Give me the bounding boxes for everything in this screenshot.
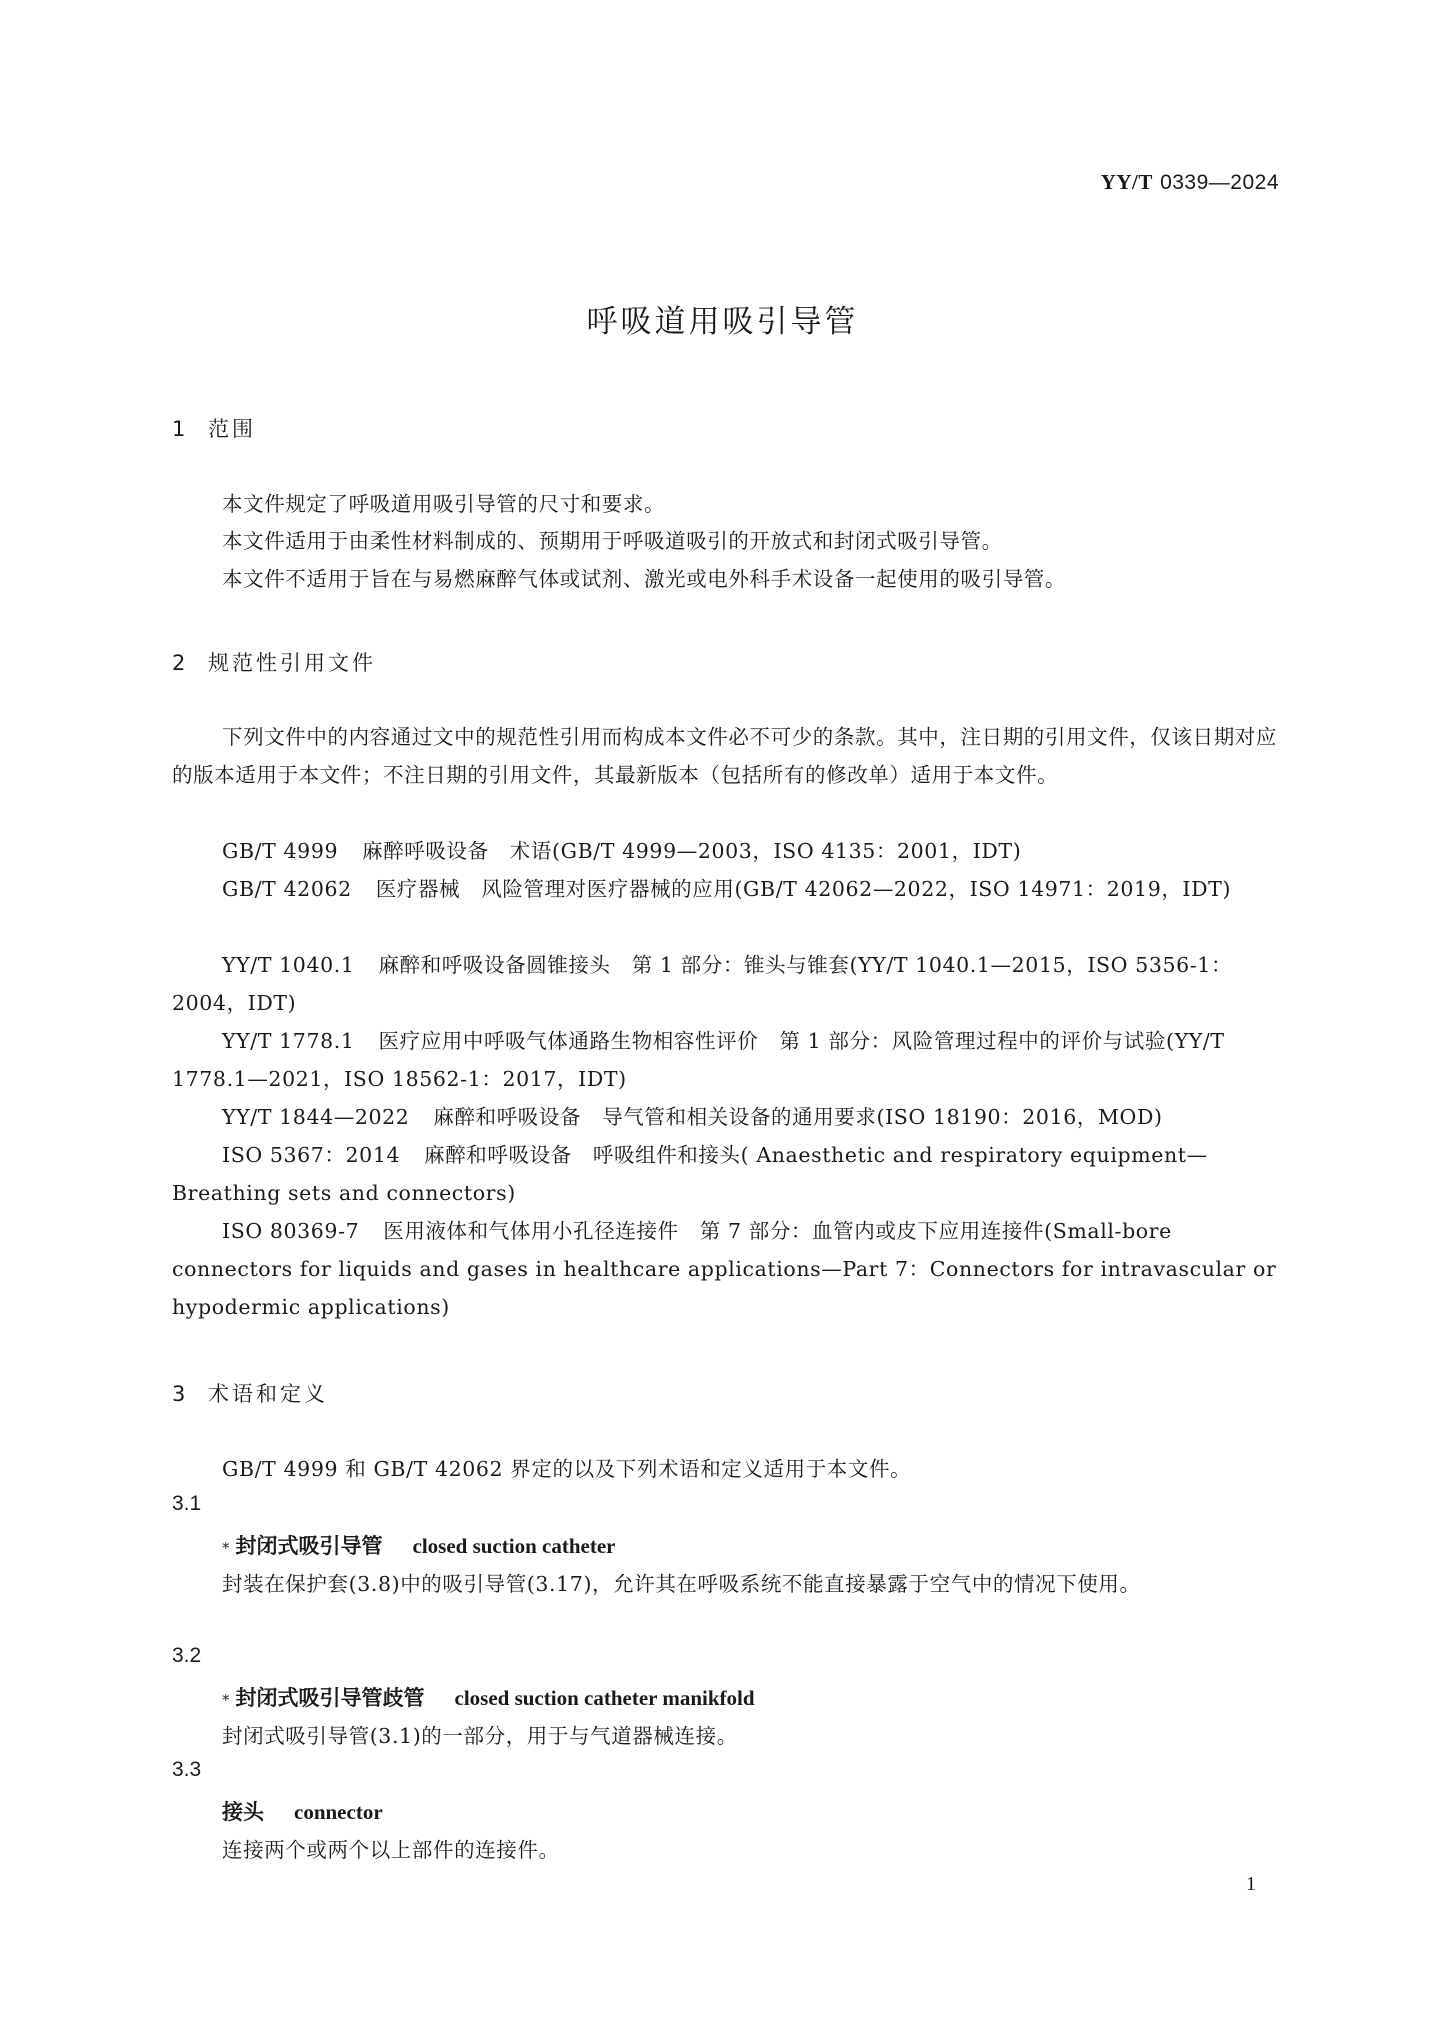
reference-code: GB/T 4999 [222, 839, 338, 863]
section-title: 范围 [208, 417, 256, 441]
section-2-heading: 2规范性引用文件 [172, 647, 376, 677]
scope-paragraph: 本文件适用于由柔性材料制成的、预期用于呼吸道吸引的开放式和封闭式吸引导管。 [172, 522, 1280, 560]
section-1-heading: 1范围 [172, 413, 256, 443]
term-number: 3.1 [172, 1492, 201, 1516]
reference-code: YY/T 1040.1 [222, 953, 355, 977]
term-heading: *封闭式吸引导管歧管closed suction catheter manikf… [222, 1682, 755, 1712]
section-title: 术语和定义 [208, 1382, 328, 1406]
document-title: 呼吸道用吸引导管 [0, 296, 1445, 341]
term-number: 3.2 [172, 1644, 201, 1668]
term-definition: 封闭式吸引导管(3.1)的一部分，用于与气道器械连接。 [172, 1717, 1280, 1755]
standard-prefix: YY/T [1101, 170, 1153, 194]
standard-number: YY/T 0339—2024 [1101, 170, 1279, 195]
section-number: 3 [172, 1382, 208, 1406]
term-definition: 封装在保护套(3.8)中的吸引导管(3.17)，允许其在呼吸系统不能直接暴露于空… [172, 1565, 1280, 1603]
section-3-heading: 3术语和定义 [172, 1378, 328, 1408]
term-zh: 封闭式吸引导管歧管 [236, 1686, 425, 1710]
reference-code: ISO 80369-7 [222, 1219, 359, 1243]
reference-item: YY/T 1844—2022麻醉和呼吸设备 导气管和相关设备的通用要求(ISO … [172, 1098, 1280, 1136]
reference-text: 麻醉呼吸设备 术语(GB/T 4999—2003，ISO 4135：2001，I… [362, 839, 1021, 863]
reference-text: 麻醉和呼吸设备 导气管和相关设备的通用要求(ISO 18190：2016，MOD… [433, 1105, 1162, 1129]
term-en: closed suction catheter [413, 1534, 616, 1558]
reference-item: GB/T 4999麻醉呼吸设备 术语(GB/T 4999—2003，ISO 41… [172, 832, 1280, 870]
scope-paragraph: 本文件规定了呼吸道用吸引导管的尺寸和要求。 [172, 485, 1280, 523]
reference-item: GB/T 42062医疗器械 风险管理对医疗器械的应用(GB/T 42062—2… [172, 870, 1280, 908]
asterisk-icon: * [222, 1539, 230, 1557]
asterisk-icon: * [222, 1691, 230, 1709]
scope-paragraph: 本文件不适用于旨在与易燃麻醉气体或试剂、激光或电外科手术设备一起使用的吸引导管。 [172, 560, 1280, 598]
reference-text: 医疗器械 风险管理对医疗器械的应用(GB/T 42062—2022，ISO 14… [376, 877, 1231, 901]
section-number: 1 [172, 417, 208, 441]
term-zh: 接头 [222, 1800, 264, 1824]
term-heading: 接头connector [222, 1796, 383, 1826]
term-number: 3.3 [172, 1758, 201, 1782]
term-zh: 封闭式吸引导管 [236, 1534, 383, 1558]
page-number: 1 [1246, 1873, 1256, 1896]
reference-code: YY/T 1778.1 [222, 1029, 355, 1053]
term-en: closed suction catheter manikfold [455, 1686, 755, 1710]
reference-item: ISO 5367：2014麻醉和呼吸设备 呼吸组件和接头( Anaestheti… [172, 1136, 1280, 1212]
reference-item: ISO 80369-7医用液体和气体用小孔径连接件 第 7 部分：血管内或皮下应… [172, 1212, 1280, 1326]
term-definition: 连接两个或两个以上部件的连接件。 [172, 1831, 1280, 1869]
term-en: connector [294, 1800, 383, 1824]
reference-code: ISO 5367：2014 [222, 1143, 400, 1167]
section-number: 2 [172, 651, 208, 675]
reference-item: YY/T 1040.1麻醉和呼吸设备圆锥接头 第 1 部分：锥头与锥套(YY/T… [172, 946, 1280, 1022]
standard-code: 0339—2024 [1160, 171, 1279, 194]
normative-intro: 下列文件中的内容通过文中的规范性引用而构成本文件必不可少的条款。其中，注日期的引… [172, 718, 1280, 794]
section-title: 规范性引用文件 [208, 651, 376, 675]
reference-item: YY/T 1778.1医疗应用中呼吸气体通路生物相容性评价 第 1 部分：风险管… [172, 1022, 1280, 1098]
reference-code: GB/T 42062 [222, 877, 352, 901]
reference-code: YY/T 1844—2022 [222, 1105, 409, 1129]
terms-intro: GB/T 4999 和 GB/T 42062 界定的以及下列术语和定义适用于本文… [172, 1450, 1280, 1488]
term-heading: *封闭式吸引导管closed suction catheter [222, 1530, 615, 1560]
